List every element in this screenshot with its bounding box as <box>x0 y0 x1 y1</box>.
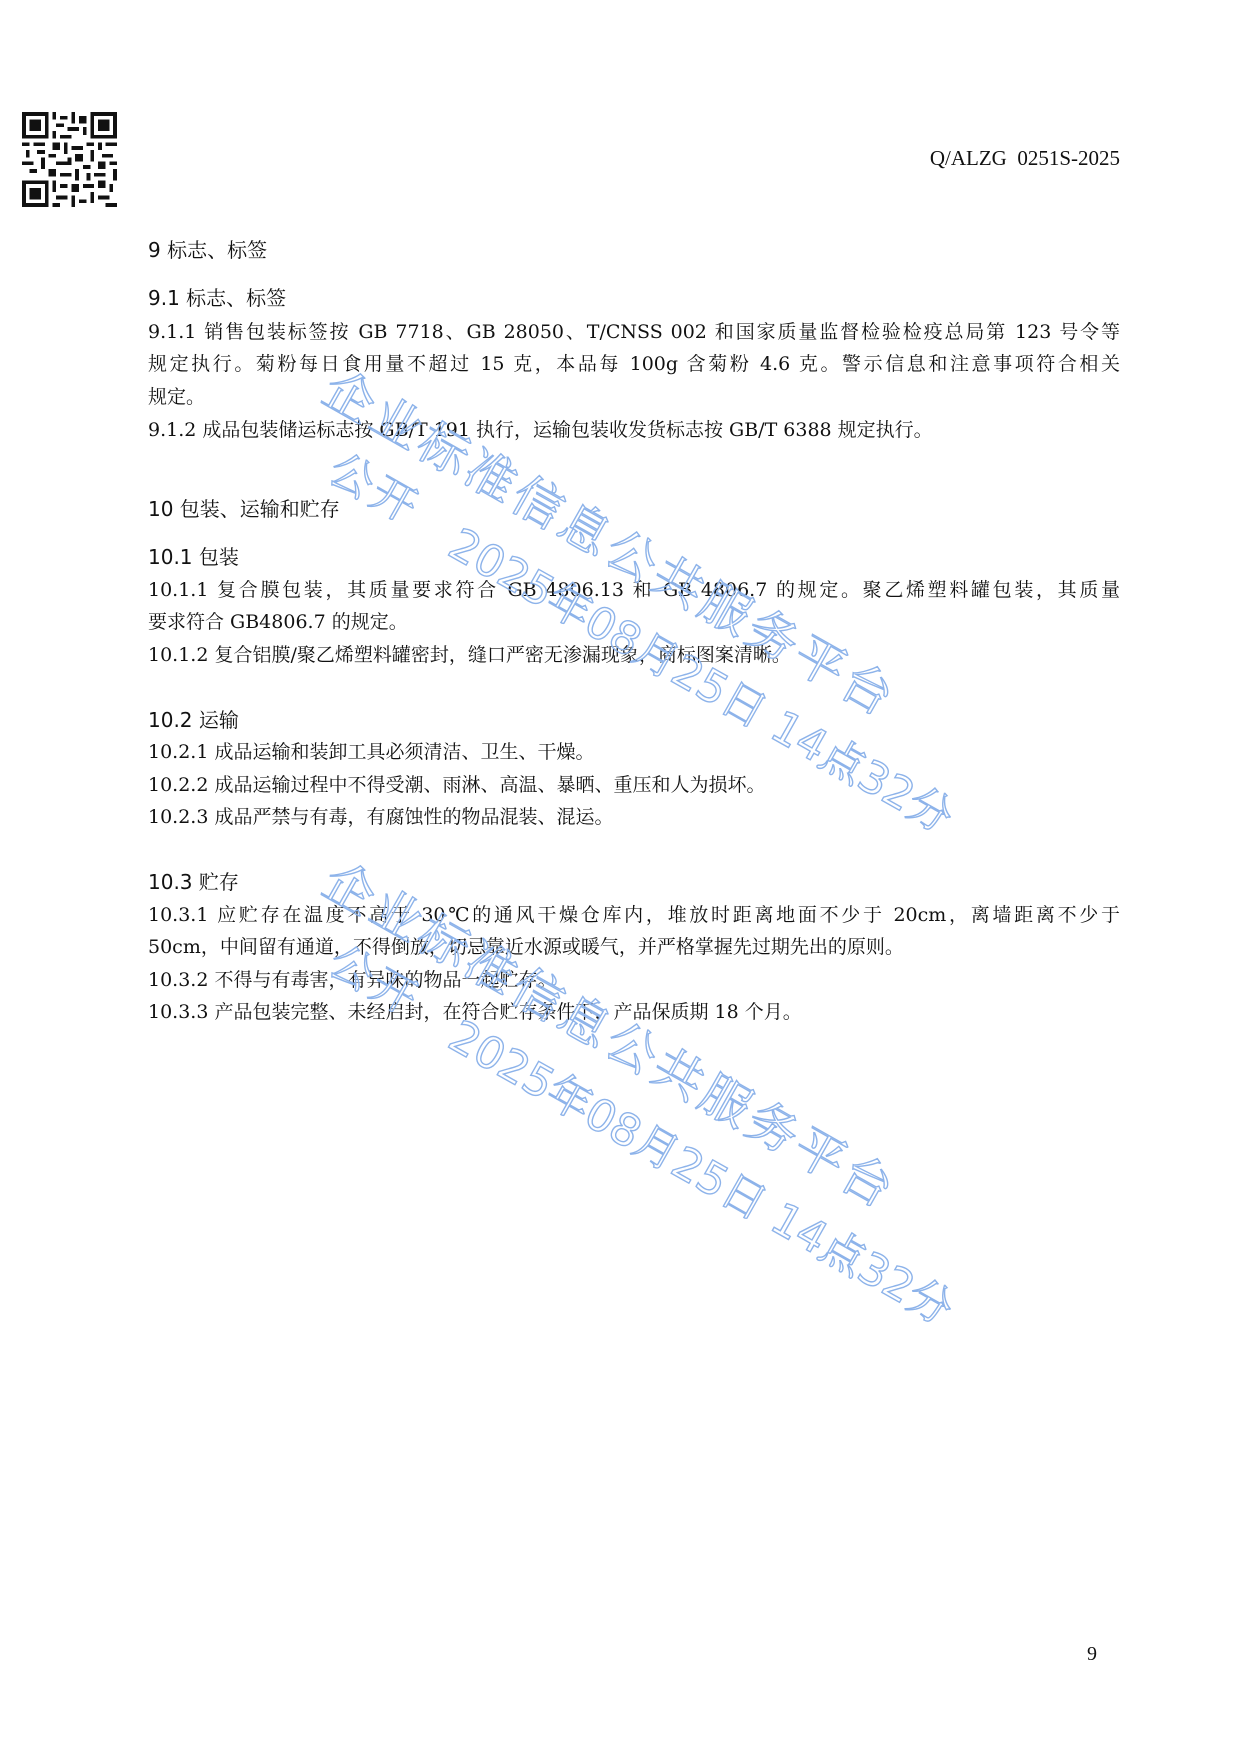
document-code: Q/ALZG 0251S-2025 <box>930 146 1120 171</box>
clause-10-1-2: 10.1.2 复合铝膜/聚乙烯塑料罐密封，缝口严密无渗漏现象，商标图案清晰。 <box>148 643 1120 667</box>
clause-10-3-2: 10.3.2 不得与有毒害，有异味的物品一起贮存。 <box>148 968 1120 992</box>
clause-9-1-1-line-2: 规定执行。菊粉每日食用量不超过 15 克，本品每 100g 含菊粉 4.6 克。… <box>148 352 1120 376</box>
watermark-platform-2: 企业标准信息公共服务平台 <box>312 842 911 1224</box>
clause-10-2-1: 10.2.1 成品运输和装卸工具必须清洁、卫生、干燥。 <box>148 740 1120 764</box>
section-9-title: 9 标志、标签 <box>148 238 1120 262</box>
clause-10-2-2: 10.2.2 成品运输过程中不得受潮、雨淋、高温、暴晒、重压和人为损坏。 <box>148 773 1120 797</box>
qr-code-icon <box>22 112 117 207</box>
section-10-3-title: 10.3 贮存 <box>148 870 1120 894</box>
watermark-datetime-2: 2025年08月25日 14点32分 <box>439 1001 967 1337</box>
section-10-title: 10 包装、运输和贮存 <box>148 497 1120 521</box>
clause-10-2-3: 10.2.3 成品严禁与有毒，有腐蚀性的物品混装、混运。 <box>148 805 1120 829</box>
clause-10-1-1-line-1: 10.1.1 复合膜包装，其质量要求符合 GB 4806.13 和 GB 480… <box>148 578 1120 602</box>
section-10-2-title: 10.2 运输 <box>148 708 1120 732</box>
clause-10-3-3: 10.3.3 产品包装完整、未经启封，在符合贮存条件下，产品保质期 18 个月。 <box>148 1000 1120 1024</box>
section-9-1-title: 9.1 标志、标签 <box>148 286 1120 310</box>
watermark-public-1: 公开 <box>319 434 434 537</box>
clause-9-1-1-line-3: 规定。 <box>148 385 1120 409</box>
section-10-1-title: 10.1 包装 <box>148 545 1120 569</box>
clause-9-1-2: 9.1.2 成品包装储运标志按 GB/T 191 执行，运输包装收发货标志按 G… <box>148 418 1120 442</box>
page-number: 9 <box>1087 1643 1097 1666</box>
clause-9-1-1-line-1: 9.1.1 销售包装标签按 GB 7718、GB 28050、T/CNSS 00… <box>148 320 1120 344</box>
clause-10-1-1-line-2: 要求符合 GB4806.7 的规定。 <box>148 610 1120 634</box>
clause-10-3-1-line-2: 50cm，中间留有通道，不得倒放，切忌靠近水源或暖气，并严格掌握先过期先出的原则… <box>148 935 1120 959</box>
clause-10-3-1-line-1: 10.3.1 应贮存在温度不高于 30℃的通风干燥仓库内，堆放时距离地面不少于 … <box>148 903 1120 927</box>
